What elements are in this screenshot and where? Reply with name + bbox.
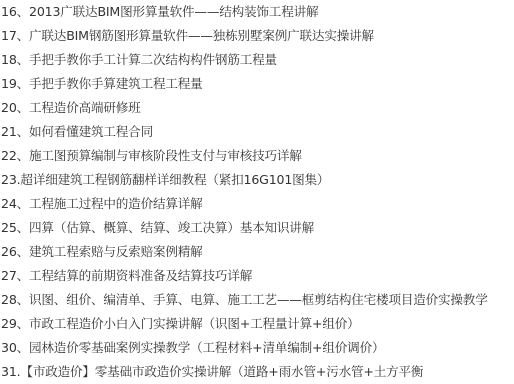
list-item: 16、2013广联达BIM图形算量软件——结构装饰工程讲解 [0, 0, 514, 24]
list-item: 25、四算（估算、概算、结算、竣工决算）基本知识讲解 [0, 216, 514, 240]
list-item: 29、市政工程造价小白入门实操讲解（识图+工程量计算+组价） [0, 312, 514, 336]
list-item: 31.【市政造价】零基础市政造价实操讲解（道路+雨水管+污水管+土方平衡 [0, 360, 514, 384]
list-item: 22、施工图预算编制与审核阶段性支付与审核技巧详解 [0, 144, 514, 168]
list-item: 24、工程施工过程中的造价结算详解 [0, 192, 514, 216]
list-item: 20、工程造价高端研修班 [0, 96, 514, 120]
list-item: 27、工程结算的前期资料准备及结算技巧详解 [0, 264, 514, 288]
course-list: 16、2013广联达BIM图形算量软件——结构装饰工程讲解 17、广联达BIM钢… [0, 0, 514, 384]
list-item: 23.超详细建筑工程钢筋翻样详细教程（紧扣16G101图集） [0, 168, 514, 192]
list-item: 19、手把手教你手算建筑工程工程量 [0, 72, 514, 96]
list-item: 30、园林造价零基础案例实操教学（工程材料+清单编制+组价调价） [0, 336, 514, 360]
list-item: 21、如何看懂建筑工程合同 [0, 120, 514, 144]
list-item: 17、广联达BIM钢筋图形算量软件——独栋别墅案例广联达实操讲解 [0, 24, 514, 48]
list-item: 18、手把手教你手工计算二次结构构件钢筋工程量 [0, 48, 514, 72]
list-item: 28、识图、组价、编清单、手算、电算、施工工艺——框剪结构住宅楼项目造价实操教学 [0, 288, 514, 312]
list-item: 26、建筑工程索赔与反索赔案例精解 [0, 240, 514, 264]
